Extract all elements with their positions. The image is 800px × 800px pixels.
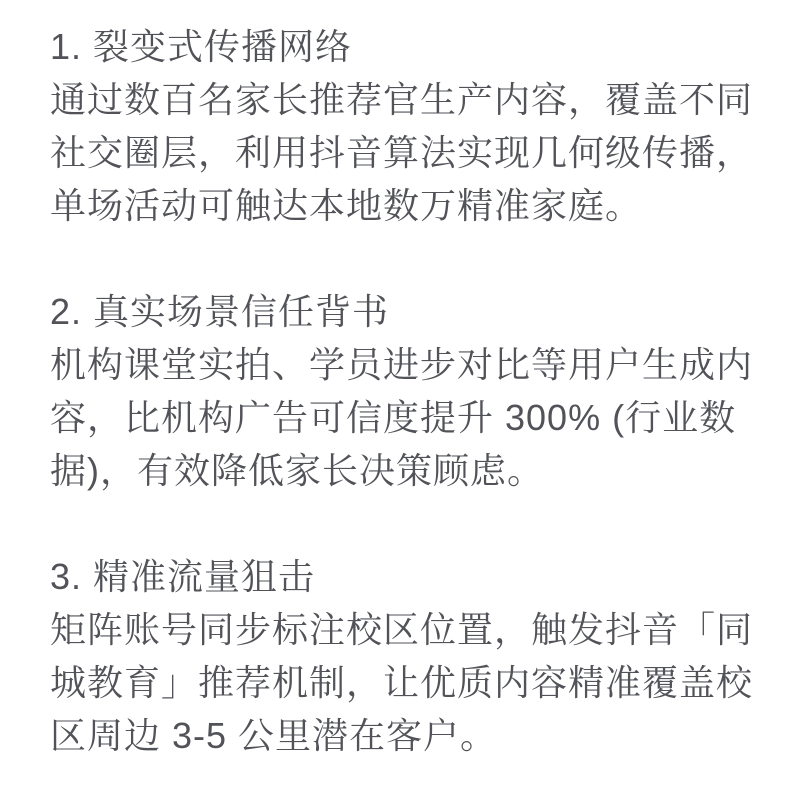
body-line: 单场活动可触达本地数万精准家庭。 [50,179,756,232]
section-trust-endorsement: 2. 真实场景信任背书 机构课堂实拍、学员进步对比等用户生成内 容，比机构广告可… [50,285,756,497]
body-line: 区周边 3-5 公里潜在客户。 [50,709,756,762]
section-precise-traffic: 3. 精准流量狙击 矩阵账号同步标注校区位置，触发抖音「同 城教育」推荐机制，让… [50,550,756,762]
section-heading: 1. 裂变式传播网络 [50,20,756,73]
body-line: 通过数百名家长推荐官生产内容，覆盖不同 [50,73,756,126]
section-fission-network: 1. 裂变式传播网络 通过数百名家长推荐官生产内容，覆盖不同 社交圈层，利用抖音… [50,20,756,232]
section-heading: 3. 精准流量狙击 [50,550,756,603]
body-line: 机构课堂实拍、学员进步对比等用户生成内 [50,338,756,391]
body-line: 矩阵账号同步标注校区位置，触发抖音「同 [50,603,756,656]
section-heading: 2. 真实场景信任背书 [50,285,756,338]
body-line: 容，比机构广告可信度提升 300% (行业数 [50,391,756,444]
body-line: 据)，有效降低家长决策顾虑。 [50,444,756,497]
body-line: 城教育」推荐机制，让优质内容精准覆盖校 [50,656,756,709]
text-page: 1. 裂变式传播网络 通过数百名家长推荐官生产内容，覆盖不同 社交圈层，利用抖音… [0,0,800,800]
body-line: 社交圈层，利用抖音算法实现几何级传播， [50,126,756,179]
